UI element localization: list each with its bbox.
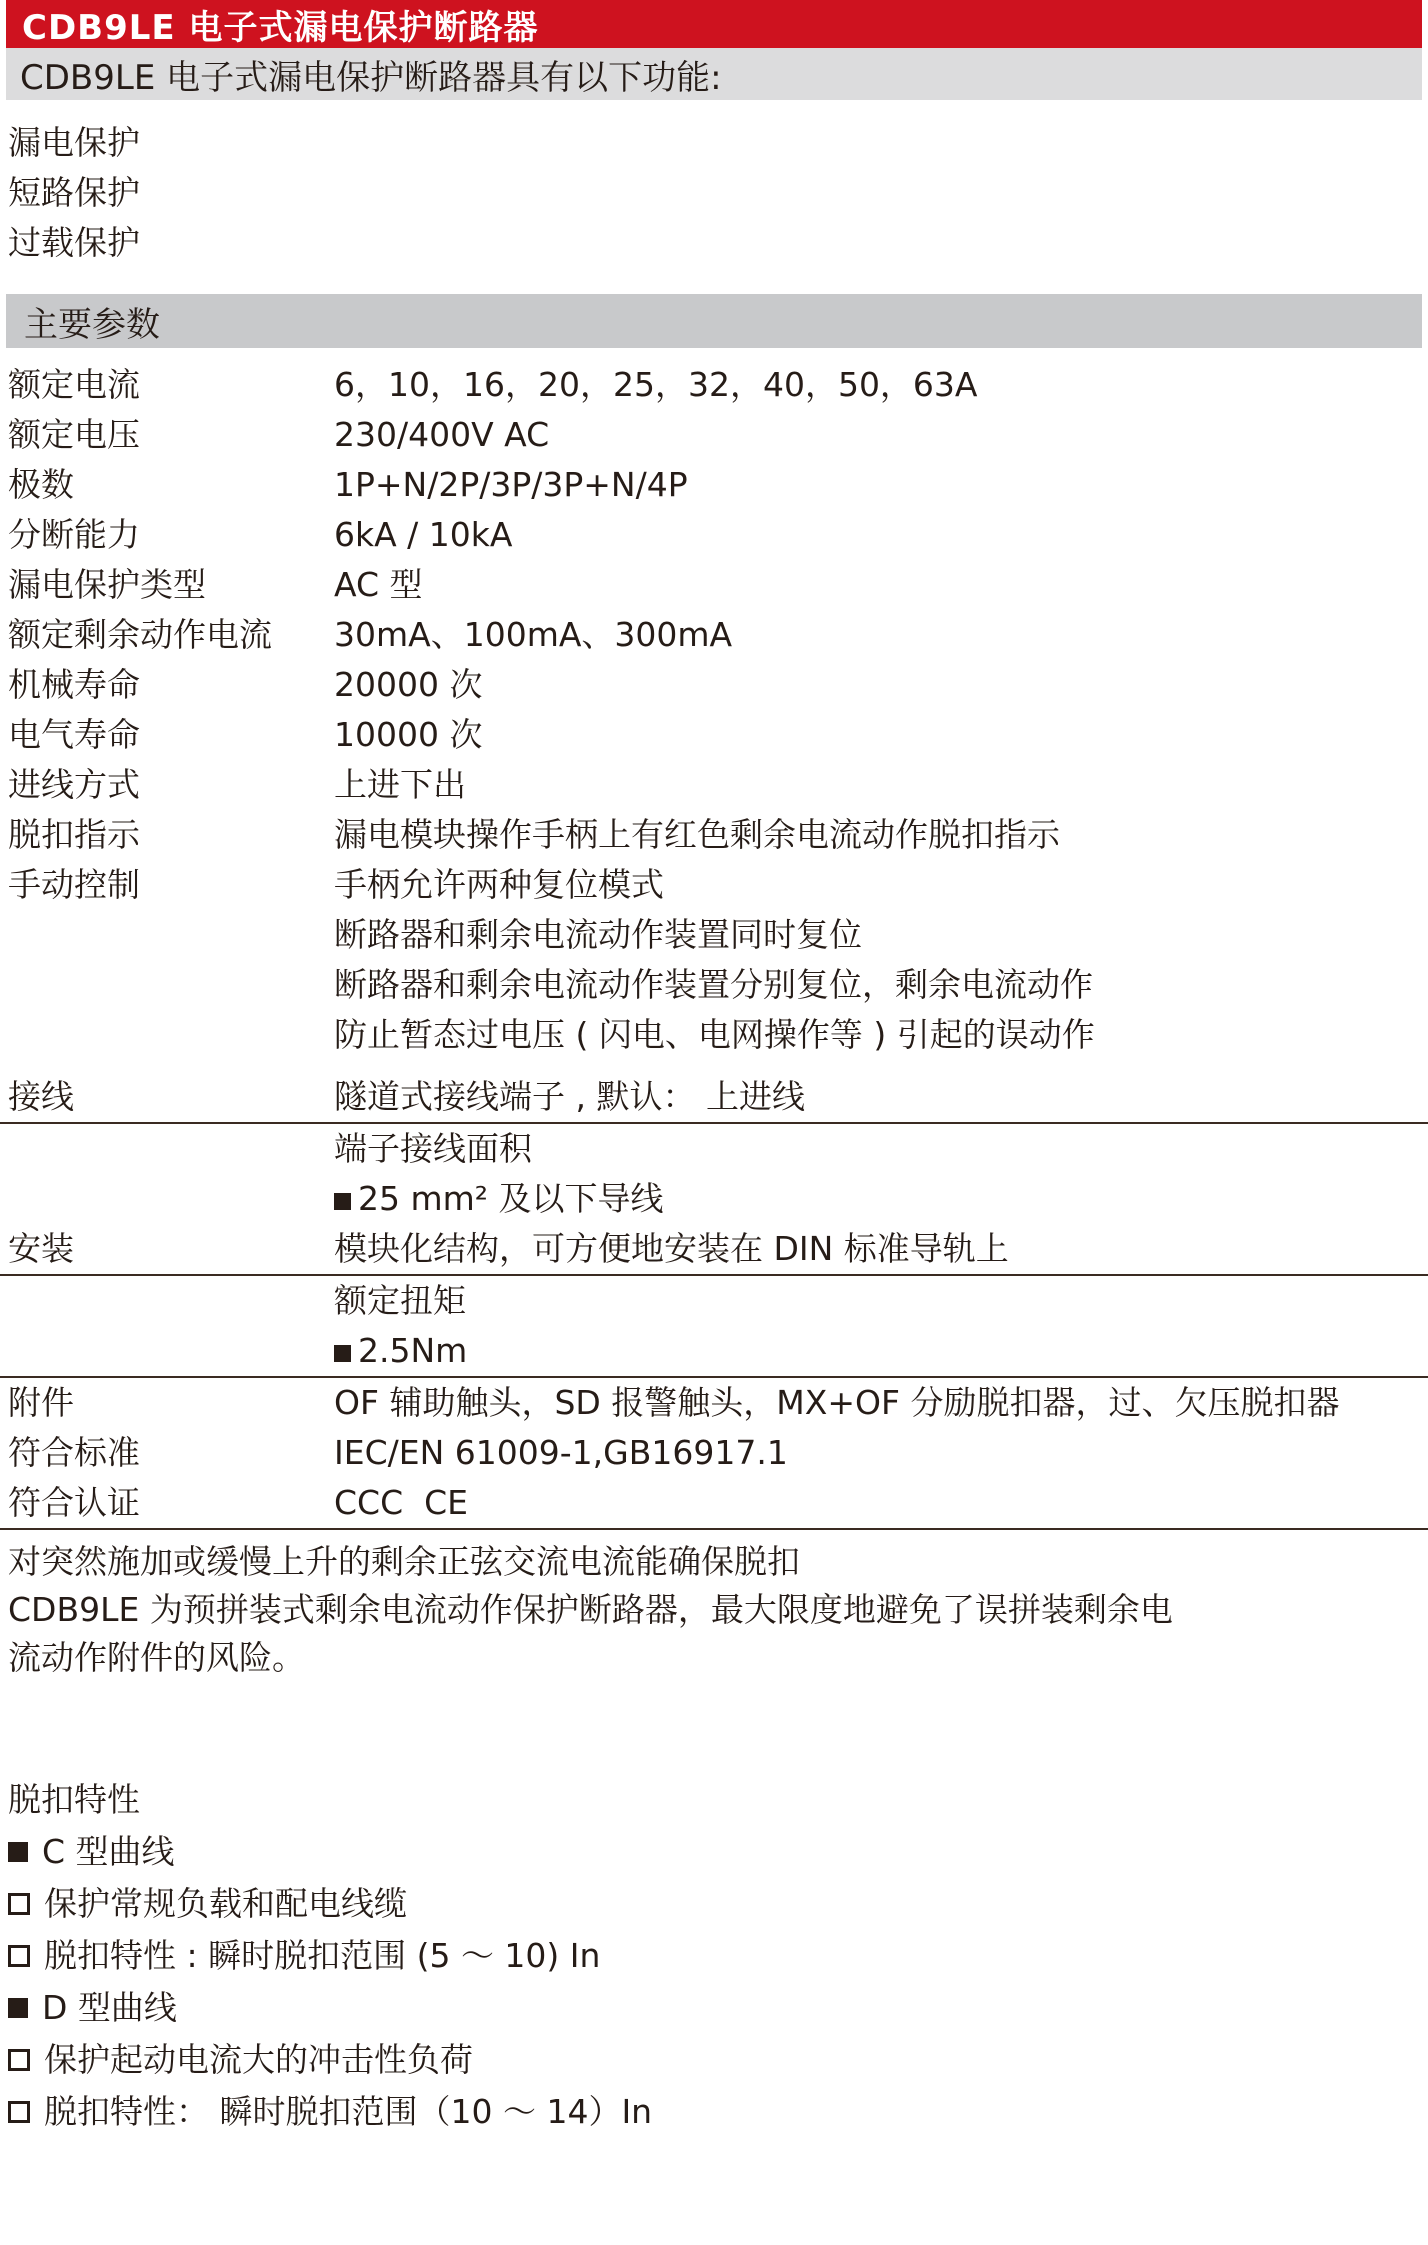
param-value-text: 手柄允许两种复位模式 [334, 865, 664, 904]
param-row: 额定剩余动作电流 30mA、100mA、300mA [0, 610, 1428, 660]
param-label: 额定电流 [0, 360, 334, 410]
param-value: 防止暂态过电压 ( 闪电、电网操作等 ) 引起的误动作 [334, 1010, 1428, 1060]
note-line: 流动作附件的风险。 [0, 1634, 1428, 1682]
trip-item: 脱扣特性： 瞬时脱扣范围（10 ～ 14）In [0, 2086, 1428, 2138]
square-bullet-icon [8, 1998, 28, 2018]
param-value-text: 上进下出 [334, 765, 466, 804]
param-label: 手动控制 [0, 860, 334, 910]
square-bullet-icon [8, 1893, 30, 1915]
feature-item: 过载保护 [8, 218, 1428, 268]
param-label: 脱扣指示 [0, 810, 334, 860]
square-bullet-icon [8, 1945, 30, 1967]
filled-square-bullet-icon [334, 1193, 351, 1210]
param-value: 模块化结构，可方便地安装在 DIN 标准导轨上 [334, 1224, 1428, 1274]
param-row: 进线方式 上进下出 [0, 760, 1428, 810]
param-value: 额定扭矩 [334, 1276, 1428, 1326]
square-bullet-icon [8, 2049, 30, 2071]
param-value: IEC/EN 61009-1,GB16917.1 [334, 1428, 1428, 1478]
param-row: 额定电流 6，10，16，20，25，32，40，50，63A [0, 360, 1428, 410]
param-row: 极数 1P+N/2P/3P/3P+N/4P [0, 460, 1428, 510]
param-value: 断路器和剩余电流动作装置分别复位，剩余电流动作 [334, 960, 1428, 1010]
param-value-text: 6kA / 10kA [334, 515, 512, 554]
trip-item-text: C 型曲线 [42, 1826, 175, 1878]
trip-item: C 型曲线 [0, 1826, 1428, 1878]
param-row: 端子接线面积 [0, 1124, 1428, 1174]
section-divider [0, 1528, 1428, 1530]
page-title-bar: CDB9LE 电子式漏电保护断路器 [6, 0, 1422, 48]
subtitle: CDB9LE 电子式漏电保护断路器具有以下功能: [20, 50, 722, 99]
param-label [0, 1174, 334, 1224]
param-row: 符合标准 IEC/EN 61009-1,GB16917.1 [0, 1428, 1428, 1478]
param-value-text: 漏电模块操作手柄上有红色剩余电流动作脱扣指示 [334, 815, 1060, 854]
param-row: 符合认证 CCC CE [0, 1478, 1428, 1528]
page-title: CDB9LE 电子式漏电保护断路器 [22, 0, 538, 49]
param-row: 额定扭矩 [0, 1276, 1428, 1326]
param-row: 附件 OF 辅助触头，SD 报警触头，MX+OF 分励脱扣器，过、欠压脱扣器 [0, 1378, 1428, 1428]
param-row: 分断能力 6kA / 10kA [0, 510, 1428, 560]
trip-item: 脱扣特性 : 瞬时脱扣范围 (5 ～ 10) In [0, 1930, 1428, 1982]
param-value: 隧道式接线端子 , 默认： 上进线 [334, 1072, 1428, 1122]
param-row: 接线 隧道式接线端子 , 默认： 上进线 [0, 1072, 1428, 1122]
param-value: 1P+N/2P/3P/3P+N/4P [334, 460, 1428, 510]
param-value: OF 辅助触头，SD 报警触头，MX+OF 分励脱扣器，过、欠压脱扣器 [334, 1378, 1428, 1428]
param-label [0, 1124, 334, 1174]
param-row: 漏电保护类型 AC 型 [0, 560, 1428, 610]
section-title: 主要参数 [24, 297, 160, 346]
trip-item: 保护起动电流大的冲击性负荷 [0, 2034, 1428, 2086]
param-label: 额定剩余动作电流 [0, 610, 334, 660]
param-value: 20000 次 [334, 660, 1428, 710]
param-row: 25 mm² 及以下导线 [0, 1174, 1428, 1224]
param-value-text: 端子接线面积 [334, 1129, 532, 1168]
square-bullet-icon [8, 1842, 28, 1862]
param-value-text: 2.5Nm [358, 1331, 467, 1370]
param-row: 2.5Nm [0, 1326, 1428, 1376]
feature-item: 漏电保护 [8, 118, 1428, 168]
param-value: 手柄允许两种复位模式 [334, 860, 1428, 910]
param-row: 断路器和剩余电流动作装置同时复位 [0, 910, 1428, 960]
param-value: AC 型 [334, 560, 1428, 610]
param-row: 电气寿命 10000 次 [0, 710, 1428, 760]
param-value-text: 模块化结构，可方便地安装在 DIN 标准导轨上 [334, 1229, 1009, 1268]
param-table: 额定电流 6，10，16，20，25，32，40，50，63A 额定电压 230… [0, 360, 1428, 1530]
param-label: 分断能力 [0, 510, 334, 560]
param-value: 断路器和剩余电流动作装置同时复位 [334, 910, 1428, 960]
param-value: 漏电模块操作手柄上有红色剩余电流动作脱扣指示 [334, 810, 1428, 860]
notes-block: 对突然施加或缓慢上升的剩余正弦交流电流能确保脱扣CDB9LE 为预拼装式剩余电流… [0, 1538, 1428, 1682]
param-value-text: 断路器和剩余电流动作装置同时复位 [334, 915, 862, 954]
param-row: 手动控制 手柄允许两种复位模式 [0, 860, 1428, 910]
feature-list: 漏电保护短路保护过载保护 [0, 118, 1428, 268]
param-row: 安装 模块化结构，可方便地安装在 DIN 标准导轨上 [0, 1224, 1428, 1274]
param-label: 进线方式 [0, 760, 334, 810]
param-value: CCC CE [334, 1478, 1428, 1528]
note-line: 对突然施加或缓慢上升的剩余正弦交流电流能确保脱扣 [0, 1538, 1428, 1586]
param-value: 230/400V AC [334, 410, 1428, 460]
param-label: 机械寿命 [0, 660, 334, 710]
trip-item: 保护常规负载和配电线缆 [0, 1878, 1428, 1930]
param-value-text: 230/400V AC [334, 415, 549, 454]
section-header-main-params: 主要参数 [6, 294, 1422, 348]
param-value-text: 额定扭矩 [334, 1281, 466, 1320]
param-row: 额定电压 230/400V AC [0, 410, 1428, 460]
param-label [0, 960, 334, 1010]
param-label [0, 910, 334, 960]
param-label: 附件 [0, 1378, 334, 1428]
param-label: 符合标准 [0, 1428, 334, 1478]
param-value-text: 防止暂态过电压 ( 闪电、电网操作等 ) 引起的误动作 [334, 1015, 1095, 1054]
param-value-text: 10000 次 [334, 715, 482, 754]
param-value: 6kA / 10kA [334, 510, 1428, 560]
trip-item-list: C 型曲线 保护常规负载和配电线缆 脱扣特性 : 瞬时脱扣范围 (5 ～ 10)… [0, 1826, 1428, 2138]
param-value: 25 mm² 及以下导线 [334, 1174, 1428, 1224]
trip-characteristics-block: 脱扣特性 C 型曲线 保护常规负载和配电线缆 脱扣特性 : 瞬时脱扣范围 (5 … [0, 1774, 1428, 2138]
param-label: 电气寿命 [0, 710, 334, 760]
param-label [0, 1010, 334, 1060]
param-value: 6，10，16，20，25，32，40，50，63A [334, 360, 1428, 410]
param-value-text: AC 型 [334, 565, 423, 604]
param-value: 2.5Nm [334, 1326, 1428, 1376]
param-value-text: 隧道式接线端子 , 默认： 上进线 [334, 1077, 805, 1116]
param-value-text: CCC CE [334, 1483, 468, 1522]
trip-item-text: 保护常规负载和配电线缆 [44, 1878, 407, 1930]
note-line: CDB9LE 为预拼装式剩余电流动作保护断路器，最大限度地避免了误拼装剩余电 [0, 1586, 1428, 1634]
param-label [0, 1276, 334, 1326]
datasheet-page: CDB9LE 电子式漏电保护断路器 CDB9LE 电子式漏电保护断路器具有以下功… [0, 0, 1428, 2245]
param-label [0, 1326, 334, 1376]
trip-item-text: 脱扣特性 : 瞬时脱扣范围 (5 ～ 10) In [44, 1930, 600, 1982]
param-label: 额定电压 [0, 410, 334, 460]
param-label: 极数 [0, 460, 334, 510]
param-row: 机械寿命 20000 次 [0, 660, 1428, 710]
param-label: 漏电保护类型 [0, 560, 334, 610]
square-bullet-icon [8, 2101, 30, 2123]
feature-item: 短路保护 [8, 168, 1428, 218]
trip-item-text: 脱扣特性： 瞬时脱扣范围（10 ～ 14）In [44, 2086, 652, 2138]
param-value-text: OF 辅助触头，SD 报警触头，MX+OF 分励脱扣器，过、欠压脱扣器 [334, 1383, 1339, 1422]
subtitle-bar: CDB9LE 电子式漏电保护断路器具有以下功能: [6, 48, 1422, 100]
param-value-text: 25 mm² 及以下导线 [358, 1179, 664, 1218]
trip-item-text: D 型曲线 [42, 1982, 177, 2034]
param-value-text: 30mA、100mA、300mA [334, 615, 732, 654]
param-value: 30mA、100mA、300mA [334, 610, 1428, 660]
param-value: 10000 次 [334, 710, 1428, 760]
param-value-text: 断路器和剩余电流动作装置分别复位，剩余电流动作 [334, 965, 1093, 1004]
param-row: 断路器和剩余电流动作装置分别复位，剩余电流动作 [0, 960, 1428, 1010]
param-label: 接线 [0, 1072, 334, 1122]
param-value: 端子接线面积 [334, 1124, 1428, 1174]
trip-item-text: 保护起动电流大的冲击性负荷 [44, 2034, 473, 2086]
param-value-text: 6，10，16，20，25，32，40，50，63A [334, 365, 978, 404]
trip-title: 脱扣特性 [0, 1774, 1428, 1826]
param-value: 上进下出 [334, 760, 1428, 810]
param-label: 符合认证 [0, 1478, 334, 1528]
param-label: 安装 [0, 1224, 334, 1274]
param-value-text: IEC/EN 61009-1,GB16917.1 [334, 1433, 788, 1472]
param-value-text: 1P+N/2P/3P/3P+N/4P [334, 465, 688, 504]
trip-item: D 型曲线 [0, 1982, 1428, 2034]
param-value-text: 20000 次 [334, 665, 482, 704]
filled-square-bullet-icon [334, 1345, 351, 1362]
param-row: 脱扣指示 漏电模块操作手柄上有红色剩余电流动作脱扣指示 [0, 810, 1428, 860]
param-row: 防止暂态过电压 ( 闪电、电网操作等 ) 引起的误动作 [0, 1010, 1428, 1060]
